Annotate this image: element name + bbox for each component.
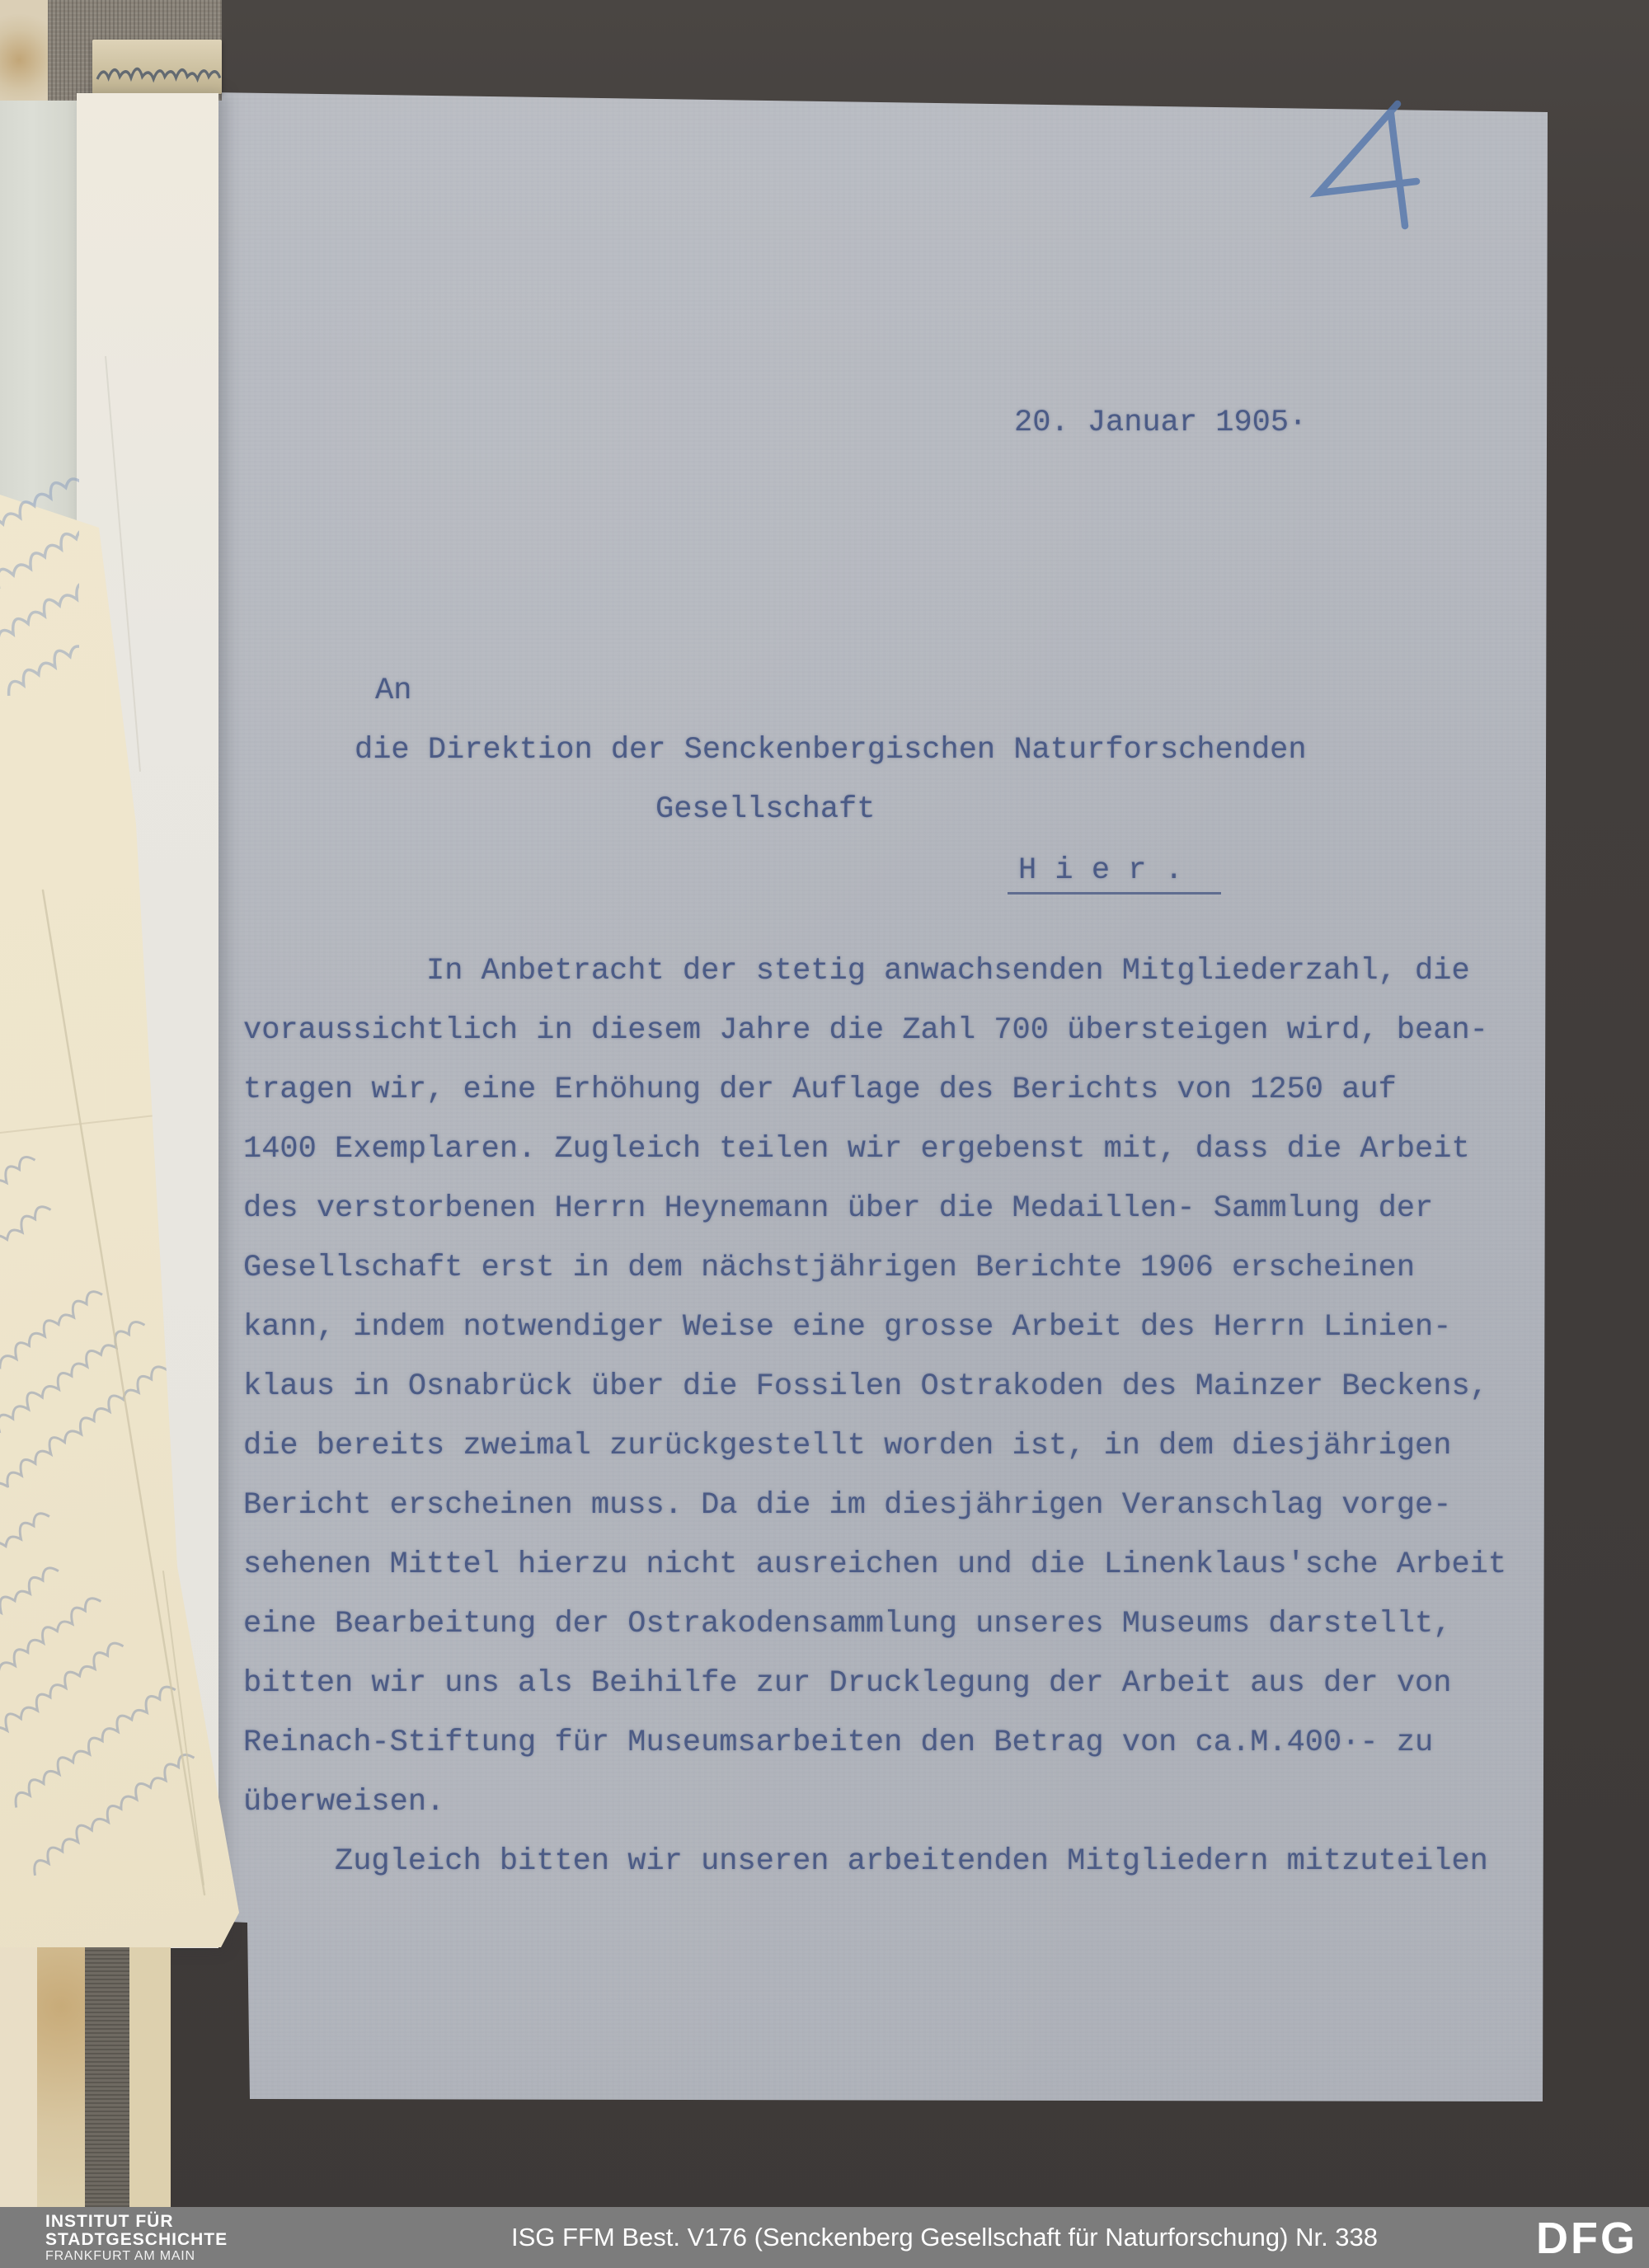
body-line: In Anbetracht der stetig anwachsenden Mi… <box>243 941 1506 1001</box>
body-line: tragen wir, eine Erhöhung der Auflage de… <box>243 1060 1506 1120</box>
institute-logo-line2: STADTGESCHICHTE <box>45 2231 228 2249</box>
body-line: Bericht erscheinen muss. Da die im diesj… <box>243 1476 1506 1535</box>
page-edge-strip <box>0 1921 37 2207</box>
body-line: sehenen Mittel hierzu nicht ausreichen u… <box>243 1535 1506 1594</box>
typed-date: 20. Januar 1905· <box>1014 408 1307 439</box>
letter-body: In Anbetracht der stetig anwachsenden Mi… <box>243 941 1506 1891</box>
recipient-address-line: die Direktion der Senckenbergischen Natu… <box>355 735 1307 766</box>
recipient-organization: Gesellschaft <box>655 795 875 825</box>
body-line: Gesellschaft erst in dem nächstjährigen … <box>243 1238 1506 1298</box>
archive-reference-caption: ISG FFM Best. V176 (Senckenberg Gesellsc… <box>511 2207 1378 2268</box>
dfg-logo: DFG <box>1536 2207 1637 2268</box>
bottom-page-edges <box>0 1921 177 2207</box>
body-line: eine Bearbeitung der Ostrakodensammlung … <box>243 1594 1506 1654</box>
page-edge-strip <box>129 1921 171 2207</box>
handwritten-label-tab <box>92 40 222 94</box>
body-line: bitten wir uns als Beihilfe zur Druckleg… <box>243 1654 1506 1713</box>
body-line: 1400 Exemplaren. Zugleich teilen wir erg… <box>243 1120 1506 1179</box>
body-line: des verstorbenen Herrn Heynemann über di… <box>243 1179 1506 1238</box>
archival-scan-page: { "page": { "background_color": "#403c3a… <box>0 0 1649 2268</box>
body-line: kann, indem notwendiger Weise eine gross… <box>243 1298 1506 1357</box>
page-corner-scraps <box>0 0 48 109</box>
body-line: Zugleich bitten wir unseren arbeitenden … <box>243 1832 1506 1891</box>
recipient-location-underlined: H i e r . <box>1008 856 1221 895</box>
institute-logo-line1: INSTITUT FÜR <box>45 2213 228 2231</box>
body-line: Reinach-Stiftung für Museumsarbeiten den… <box>243 1713 1506 1773</box>
institute-logo-line3: FRANKFURT AM MAIN <box>45 2249 228 2264</box>
archive-info-bar: INSTITUT FÜR STADTGESCHICHTE FRANKFURT A… <box>0 2207 1649 2268</box>
institute-logo: INSTITUT FÜR STADTGESCHICHTE FRANKFURT A… <box>45 2213 228 2264</box>
body-line: überweisen. <box>243 1773 1506 1832</box>
binding-cloth-strip <box>85 1921 129 2207</box>
recipient-salutation: An <box>375 676 411 707</box>
body-line: klaus in Osnabrück über die Fossilen Ost… <box>243 1357 1506 1416</box>
page-edge-strip <box>37 1921 85 2207</box>
body-line: die bereits zweimal zurückgestellt worde… <box>243 1416 1506 1476</box>
body-line: voraussichtlich in diesem Jahre die Zahl… <box>243 1001 1506 1060</box>
letter-paper: 20. Januar 1905· An die Direktion der Se… <box>0 0 1649 2268</box>
